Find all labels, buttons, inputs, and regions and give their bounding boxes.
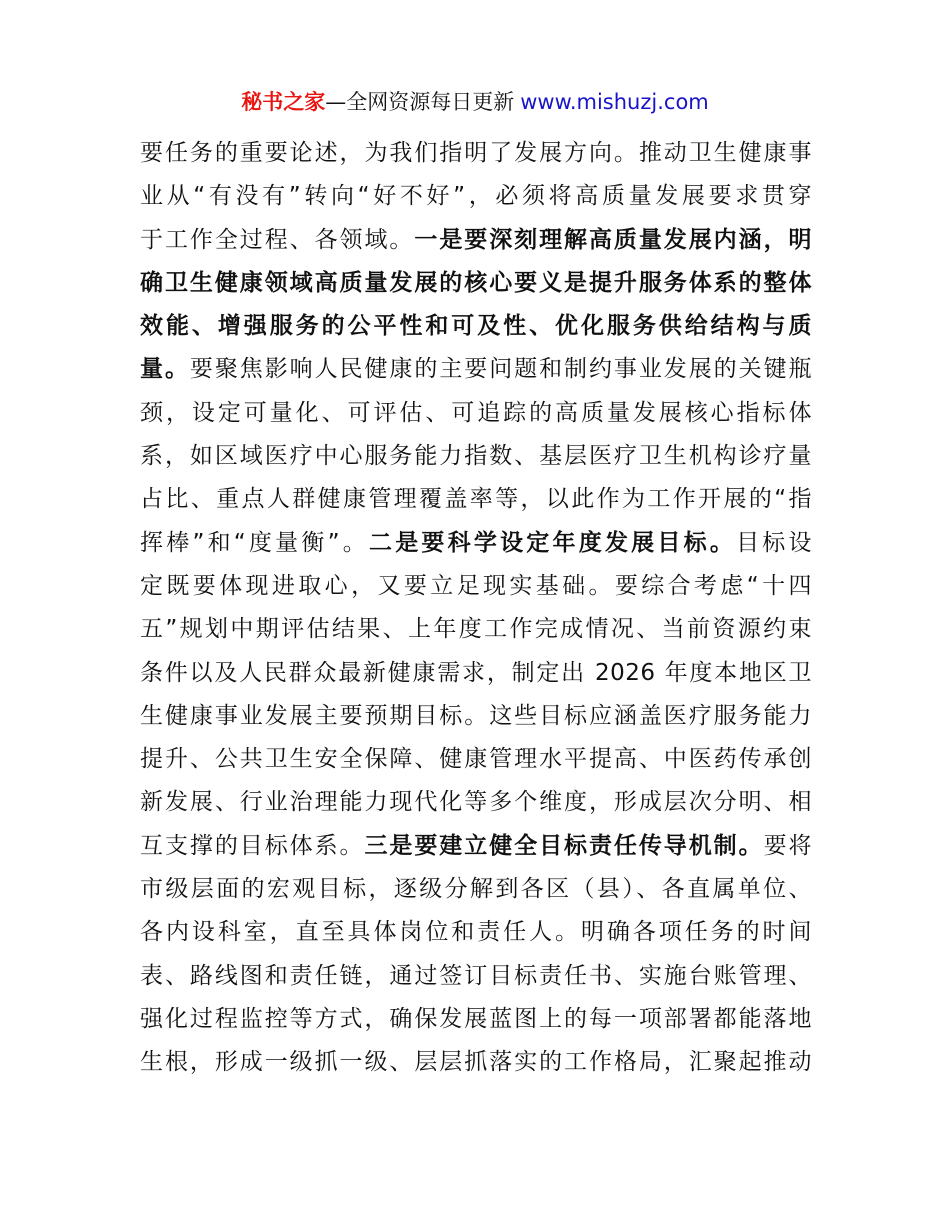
bold-heading-segment: 量。 xyxy=(140,356,190,382)
text-line: 效能、增强服务的公平性和可及性、优化服务供给结构与质 xyxy=(140,305,812,348)
text-line: 确卫生健康领域高质量发展的核心要义是提升服务体系的整体 xyxy=(140,262,812,305)
text-segment: 提升、公共卫生安全保障、健康管理水平提高、中医药传承创 xyxy=(140,746,812,772)
text-segment: 强化过程监控等方式，确保发展蓝图上的每一项部署都能落地 xyxy=(140,1006,812,1032)
text-line: 业从“有没有”转向“好不好”，必须将高质量发展要求贯穿 xyxy=(140,175,812,218)
text-segment: 要将 xyxy=(764,833,812,859)
text-line: 生根，形成一级抓一级、层层抓落实的工作格局，汇聚起推动 xyxy=(140,1041,812,1084)
brand-name: 秘书之家 xyxy=(241,90,325,114)
text-segment: 要聚焦影响人民健康的主要问题和制约事业发展的关键瓶 xyxy=(190,356,812,382)
text-line: 提升、公共卫生安全保障、健康管理水平提高、中医药传承创 xyxy=(140,738,812,781)
site-link[interactable]: www.mishuzj.com xyxy=(520,90,709,114)
text-line: 系，如区域医疗中心服务能力指数、基层医疗卫生机构诊疗量 xyxy=(140,435,812,478)
bold-heading-segment: 一是要深刻理解高质量发展内涵，明 xyxy=(414,227,812,253)
text-segment: 市级层面的宏观目标，逐级分解到各区（县）、各直属单位、 xyxy=(140,876,812,902)
text-segment: 五”规划中期评估结果、上年度工作完成情况、当前资源约束 xyxy=(140,616,812,642)
bold-heading-segment: 三是要建立健全目标责任传导机制。 xyxy=(364,833,763,859)
document-body: 要任务的重要论述，为我们指明了发展方向。推动卫生健康事 业从“有没有”转向“好不… xyxy=(140,132,812,1085)
text-segment: 系，如区域医疗中心服务能力指数、基层医疗卫生机构诊疗量 xyxy=(140,443,812,469)
text-segment: 业从“有没有”转向“好不好”，必须将高质量发展要求贯穿 xyxy=(140,183,812,209)
bold-heading-segment: 二是要科学设定年度发展目标。 xyxy=(369,530,736,556)
text-segment: 新发展、行业治理能力现代化等多个维度，形成层次分明、相 xyxy=(140,789,812,815)
text-line: 表、路线图和责任链，通过签订目标责任书、实施台账管理、 xyxy=(140,955,812,998)
text-line: 量。要聚焦影响人民健康的主要问题和制约事业发展的关键瓶 xyxy=(140,348,812,391)
page-header: 秘书之家—全网资源每日更新www.mishuzj.com xyxy=(0,86,950,118)
bold-heading-segment: 确卫生健康领域高质量发展的核心要义是提升服务体系的整体 xyxy=(140,270,812,296)
bold-heading-segment: 效能、增强服务的公平性和可及性、优化服务供给结构与质 xyxy=(140,313,812,339)
text-segment: 生健康事业发展主要预期目标。这些目标应涵盖医疗服务能力 xyxy=(140,703,812,729)
text-line: 条件以及人民群众最新健康需求，制定出 2026 年度本地区卫 xyxy=(140,652,812,695)
text-line: 各内设科室，直至具体岗位和责任人。明确各项任务的时间 xyxy=(140,911,812,954)
text-segment: 表、路线图和责任链，通过签订目标责任书、实施台账管理、 xyxy=(140,963,812,989)
text-line: 生健康事业发展主要预期目标。这些目标应涵盖医疗服务能力 xyxy=(140,695,812,738)
text-line: 定既要体现进取心，又要立足现实基础。要综合考虑“十四 xyxy=(140,565,812,608)
text-segment: 挥棒”和“度量衡”。 xyxy=(140,530,369,556)
text-segment: 生根，形成一级抓一级、层层抓落实的工作格局，汇聚起推动 xyxy=(140,1049,812,1075)
text-line: 五”规划中期评估结果、上年度工作完成情况、当前资源约束 xyxy=(140,608,812,651)
text-segment: 各内设科室，直至具体岗位和责任人。明确各项任务的时间 xyxy=(140,919,812,945)
text-segment: 占比、重点人群健康管理覆盖率等，以此作为工作开展的“指 xyxy=(140,486,812,512)
text-segment: 条件以及人民群众最新健康需求，制定出 2026 年度本地区卫 xyxy=(140,660,812,686)
header-tagline: —全网资源每日更新 xyxy=(325,90,514,114)
text-line: 占比、重点人群健康管理覆盖率等，以此作为工作开展的“指 xyxy=(140,478,812,521)
text-line: 市级层面的宏观目标，逐级分解到各区（县）、各直属单位、 xyxy=(140,868,812,911)
text-segment: 颈，设定可量化、可评估、可追踪的高质量发展核心指标体 xyxy=(140,400,812,426)
text-line: 挥棒”和“度量衡”。二是要科学设定年度发展目标。目标设 xyxy=(140,522,812,565)
text-segment: 定既要体现进取心，又要立足现实基础。要综合考虑“十四 xyxy=(140,573,812,599)
text-segment: 于工作全过程、各领域。 xyxy=(140,227,414,253)
text-line: 新发展、行业治理能力现代化等多个维度，形成层次分明、相 xyxy=(140,781,812,824)
text-segment: 目标设 xyxy=(736,530,812,556)
text-segment: 要任务的重要论述，为我们指明了发展方向。推动卫生健康事 xyxy=(140,140,812,166)
text-line: 互支撑的目标体系。三是要建立健全目标责任传导机制。要将 xyxy=(140,825,812,868)
text-line: 强化过程监控等方式，确保发展蓝图上的每一项部署都能落地 xyxy=(140,998,812,1041)
text-line: 颈，设定可量化、可评估、可追踪的高质量发展核心指标体 xyxy=(140,392,812,435)
text-segment: 互支撑的目标体系。 xyxy=(140,833,364,859)
text-line: 于工作全过程、各领域。一是要深刻理解高质量发展内涵，明 xyxy=(140,219,812,262)
text-line: 要任务的重要论述，为我们指明了发展方向。推动卫生健康事 xyxy=(140,132,812,175)
